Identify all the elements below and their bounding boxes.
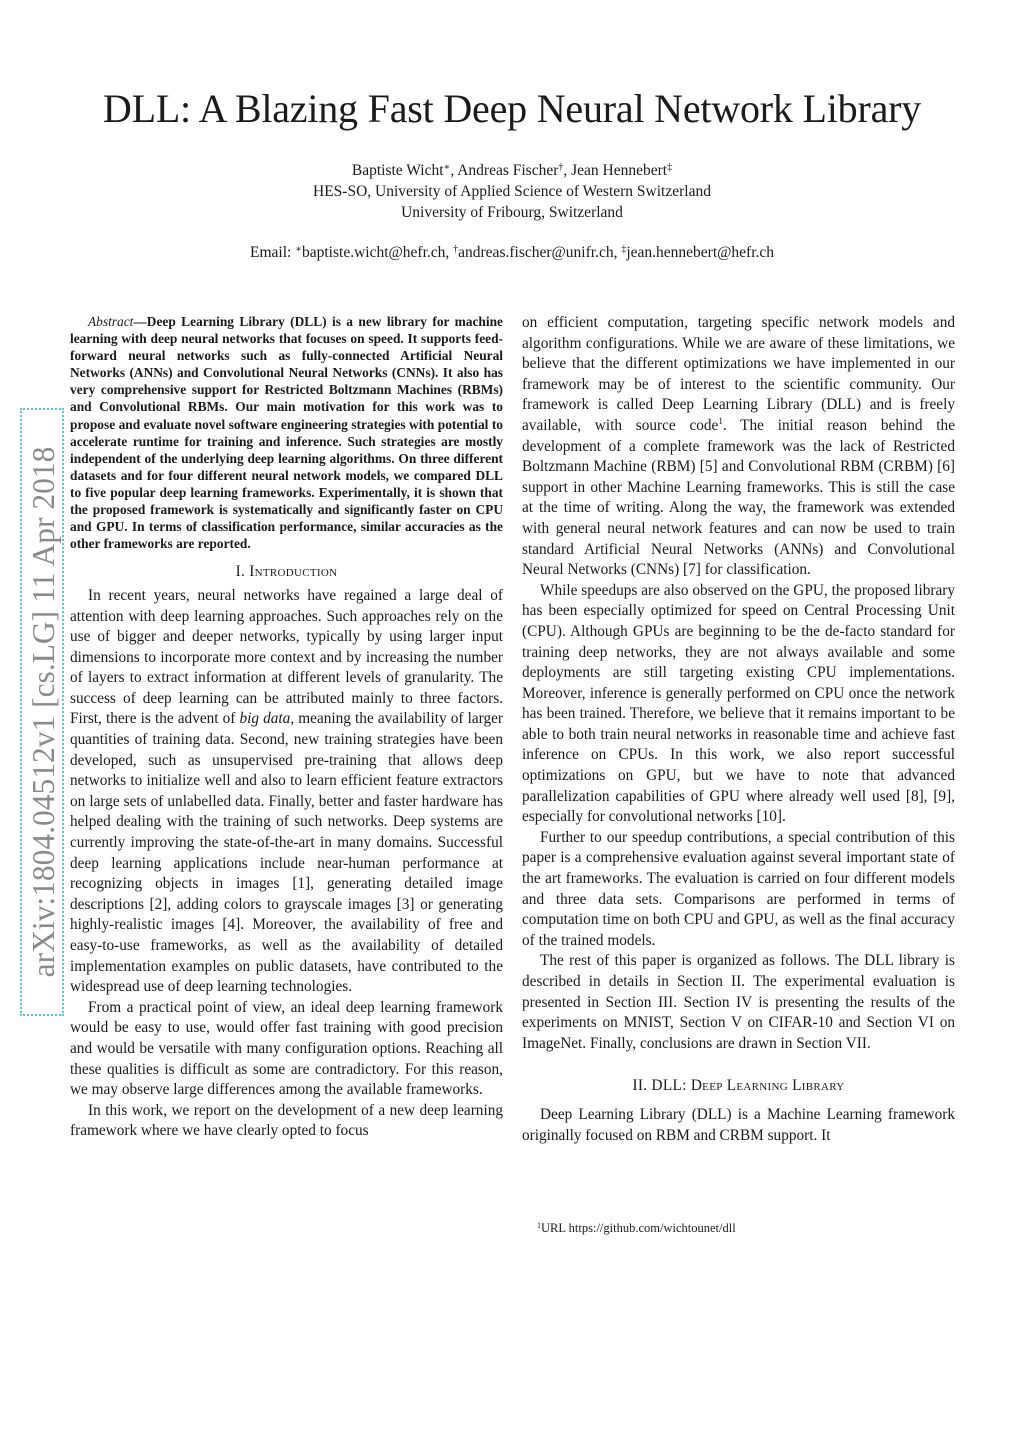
affiliation: University of Fribourg, Switzerland bbox=[0, 202, 1024, 223]
author-block: Baptiste Wicht∗, Andreas Fischer†, Jean … bbox=[0, 160, 1024, 263]
paragraph: Deep Learning Library (DLL) is a Machine… bbox=[522, 1105, 955, 1146]
email-mark: ∗ bbox=[295, 244, 302, 255]
email-address: baptiste.wicht@hefr.ch bbox=[302, 244, 445, 261]
section-title-prefix: DLL: bbox=[652, 1077, 687, 1094]
abstract-label: Abstract bbox=[88, 314, 133, 329]
abstract: Abstract—Deep Learning Library (DLL) is … bbox=[70, 313, 503, 552]
paragraph: From a practical point of view, an ideal… bbox=[70, 998, 503, 1101]
email-address: andreas.fischer@unifr.ch bbox=[458, 244, 613, 261]
author-name: Andreas Fischer bbox=[457, 162, 558, 179]
paragraph: The rest of this paper is organized as f… bbox=[522, 951, 955, 1054]
paragraph: Further to our speedup contributions, a … bbox=[522, 828, 955, 952]
author-mark: † bbox=[558, 162, 563, 173]
paper-title: DLL: A Blazing Fast Deep Neural Network … bbox=[0, 84, 1024, 134]
paragraph-text: In recent years, neural networks have re… bbox=[70, 587, 503, 728]
left-column: Abstract—Deep Learning Library (DLL) is … bbox=[70, 313, 503, 1142]
section-title: Introduction bbox=[249, 563, 337, 580]
section-number: I. bbox=[236, 563, 246, 580]
email-line: Email: ∗baptiste.wicht@hefr.ch, †andreas… bbox=[0, 242, 1024, 263]
footnote: 1URL https://github.com/wichtounet/dll bbox=[537, 1220, 736, 1236]
section-number: II. bbox=[632, 1077, 647, 1094]
paragraph: In this work, we report on the developme… bbox=[70, 1101, 503, 1142]
email-address: jean.hennebert@hefr.ch bbox=[626, 244, 774, 261]
author-name: Jean Hennebert bbox=[571, 162, 667, 179]
author-mark: ‡ bbox=[667, 162, 672, 173]
section-heading-dll: II. DLL: Deep Learning Library bbox=[522, 1076, 955, 1097]
paragraph-text: on efficient computation, targeting spec… bbox=[522, 314, 955, 434]
paragraph: While speedups are also observed on the … bbox=[522, 581, 955, 828]
arxiv-stamp: arXiv:1804.04512v1 [cs.LG] 11 Apr 2018 bbox=[26, 447, 62, 978]
paragraph-text: . The initial reason behind the developm… bbox=[522, 417, 955, 578]
affiliation: HES-SO, University of Applied Science of… bbox=[0, 181, 1024, 202]
author-name: Baptiste Wicht bbox=[352, 162, 444, 179]
footnote-text[interactable]: URL https://github.com/wichtounet/dll bbox=[541, 1221, 736, 1235]
paragraph-continuation: on efficient computation, targeting spec… bbox=[522, 313, 955, 581]
author-names: Baptiste Wicht∗, Andreas Fischer†, Jean … bbox=[0, 160, 1024, 181]
abstract-text: —Deep Learning Library (DLL) is a new li… bbox=[70, 314, 503, 551]
paragraph: In recent years, neural networks have re… bbox=[70, 586, 503, 998]
email-label: Email: bbox=[250, 244, 291, 261]
emphasis: big data bbox=[239, 710, 290, 727]
arxiv-stamp-link[interactable]: arXiv:1804.04512v1 [cs.LG] 11 Apr 2018 bbox=[20, 408, 64, 1016]
author-mark: ∗ bbox=[444, 162, 451, 173]
paragraph-text: , meaning the availability of larger qua… bbox=[70, 710, 503, 995]
section-title: Deep Learning Library bbox=[691, 1077, 845, 1094]
right-column: on efficient computation, targeting spec… bbox=[522, 313, 955, 1146]
section-heading-introduction: I. Introduction bbox=[70, 562, 503, 583]
